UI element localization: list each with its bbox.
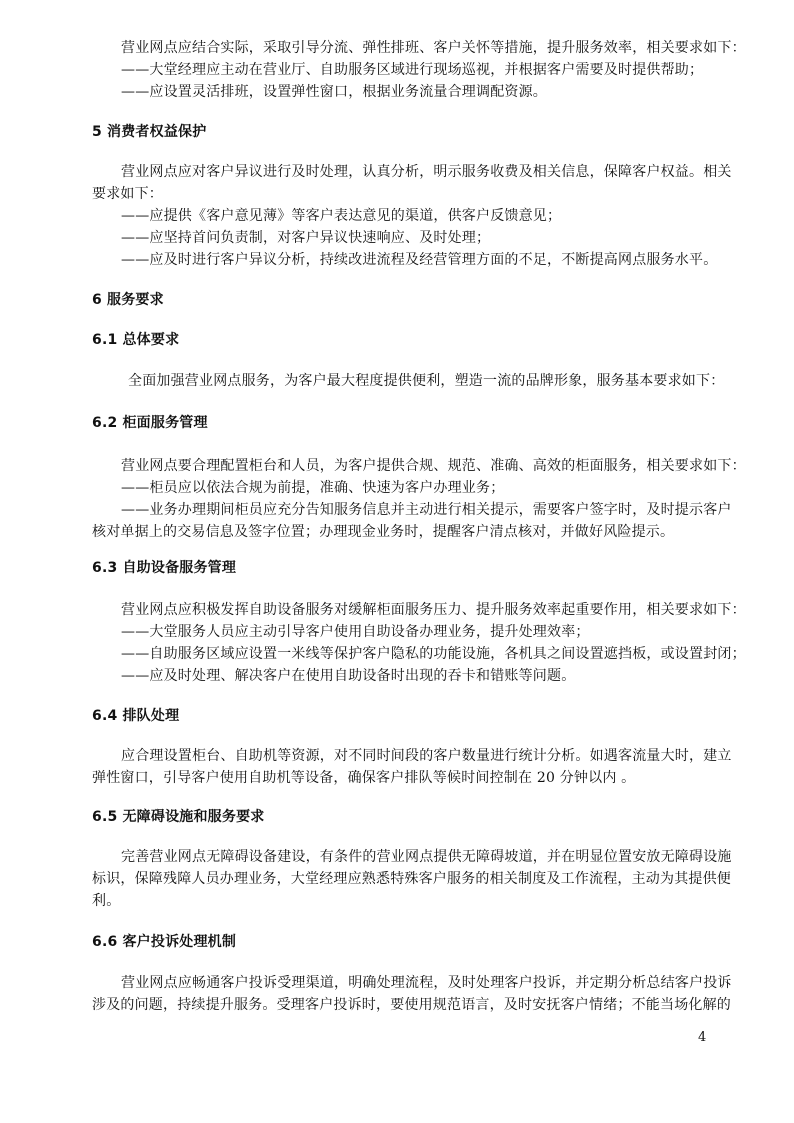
section-heading-6-3: 6.3 自助设备服务管理 (92, 557, 236, 579)
list-item: ——自助服务区域应设置一米线等保护客户隐私的功能设施，各机具之间设置遮挡板，或设… (121, 643, 746, 665)
list-item: ——应提供《客户意见薄》等客户表达意见的渠道，供客户反馈意见； (121, 205, 561, 227)
list-item: ——柜员应以依法合规为前提，准确、快速为客户办理业务； (121, 477, 504, 499)
paragraph-line: 标识，保障残障人员办理业务，大堂经理应熟悉特殊客户服务的相关制度及工作流程，主动… (92, 868, 731, 890)
list-item: ——业务办理期间柜员应充分告知服务信息并主动进行相关提示，需要客户签字时，及时提… (121, 499, 732, 521)
list-item: ——大堂服务人员应主动引导客户使用自助设备办理业务，提升处理效率； (121, 621, 590, 643)
section-heading-6-6: 6.6 客户投诉处理机制 (92, 931, 236, 953)
paragraph-line: 全面加强营业网点服务，为客户最大程度提供便利，塑造一流的品牌形象，服务基本要求如… (128, 370, 724, 392)
section-heading-6-4: 6.4 排队处理 (92, 705, 179, 727)
list-item: ——应设置灵活排班，设置弹性窗口，根据业务流量合理调配资源。 (121, 81, 547, 103)
section-heading-5: 5 消费者权益保护 (92, 121, 206, 143)
paragraph-line: 应合理设置柜台、自助机等资源，对不同时间段的客户数量进行统计分析。如遇客流量大时… (121, 745, 732, 767)
paragraph-line: 营业网点应对客户异议进行及时处理，认真分析，明示服务收费及相关信息，保障客户权益… (121, 161, 732, 183)
list-item: ——大堂经理应主动在营业厅、自助服务区域进行现场巡视，并根据客户需要及时提供帮助… (121, 59, 703, 81)
paragraph-line: 营业网点要合理配置柜台和人员，为客户提供合规、规范、准确、高效的柜面服务，相关要… (121, 455, 746, 477)
paragraph-line: 营业网点应积极发挥自助设备服务对缓解柜面服务压力、提升服务效率起重要作用，相关要… (121, 599, 746, 621)
page-number: 4 (698, 1030, 706, 1045)
paragraph-line: 涉及的问题，持续提升服务。受理客户投诉时，要使用规范语言，及时安抚客户情绪；不能… (92, 994, 731, 1016)
paragraph-line: 弹性窗口，引导客户使用自助机等设备，确保客户排队等候时间控制在 20 分钟以内 … (92, 767, 635, 789)
paragraph-line: 核对单据上的交易信息及签字位置；办理现金业务时，提醒客户清点核对，并做好风险提示… (92, 521, 674, 543)
paragraph-line: 营业网点应结合实际，采取引导分流、弹性排班、客户关怀等措施，提升服务效率，相关要… (121, 37, 746, 59)
paragraph-line: 利。 (92, 890, 120, 912)
paragraph-line: 营业网点应畅通客户投诉受理渠道，明确处理流程，及时处理客户投诉，并定期分析总结客… (121, 972, 732, 994)
section-heading-6-2: 6.2 柜面服务管理 (92, 412, 208, 434)
list-item: ——应及时进行客户异议分析，持续改进流程及经营管理方面的不足，不断提高网点服务水… (121, 249, 717, 271)
paragraph-line: 完善营业网点无障碍设备建设，有条件的营业网点提供无障碍坡道，并在明显位置安放无障… (121, 846, 732, 868)
paragraph-line: 要求如下： (92, 183, 163, 205)
document-page: 营业网点应结合实际，采取引导分流、弹性排班、客户关怀等措施，提升服务效率，相关要… (0, 0, 794, 1123)
list-item: ——应坚持首问负责制，对客户异议快速响应、及时处理； (121, 227, 490, 249)
section-heading-6-5: 6.5 无障碍设施和服务要求 (92, 806, 264, 828)
section-heading-6-1: 6.1 总体要求 (92, 329, 179, 351)
list-item: ——应及时处理、解决客户在使用自助设备时出现的吞卡和错账等问题。 (121, 665, 575, 687)
section-heading-6: 6 服务要求 (92, 289, 164, 311)
